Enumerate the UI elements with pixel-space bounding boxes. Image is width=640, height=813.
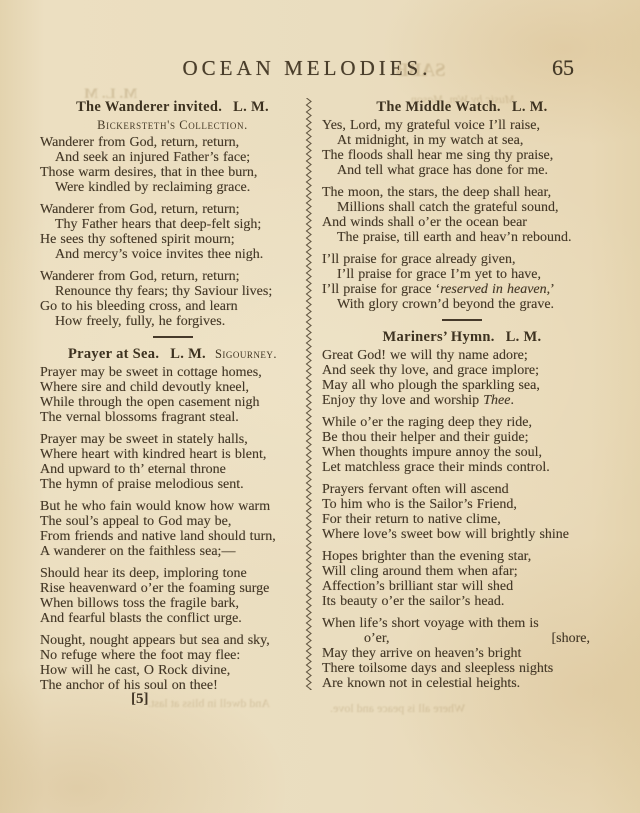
hymn-attribution: Bickersteth's Collection. (40, 118, 305, 132)
verse-line: Rise heavenward o’er the foaming surge (40, 581, 305, 596)
verse-line: No refuge where the foot may flee: (40, 648, 305, 663)
verse-line: A wanderer on the faithless sea;— (40, 544, 305, 559)
verse-line: And seek an injured Father’s face; (40, 150, 305, 165)
verse-line: May all who plough the sparkling sea, (322, 378, 602, 393)
hymn-title: The Middle Watch.L. M. (322, 98, 602, 116)
hymn-title: Prayer at Sea.L. M.Sigourney. (40, 345, 305, 363)
verse-line: To him who is the Sailor’s Friend, (322, 497, 602, 512)
verse-line: With glory crown’d beyond the grave. (322, 297, 602, 312)
verse-line: Prayers fervant often will ascend (322, 482, 602, 497)
verse-line: Where sire and child devoutly kneel, (40, 380, 305, 395)
hymn-title-text: The Wanderer invited. (76, 99, 222, 115)
verse-line: o’er,[shore, (322, 631, 602, 646)
verse-line: The moon, the stars, the deep shall hear… (322, 185, 602, 200)
column-divider-zigzag (305, 98, 315, 690)
stanza: Prayer may be sweet in cottage homes,Whe… (40, 365, 305, 425)
verse-line: Should hear its deep, imploring tone (40, 566, 305, 581)
hymn-meter: L. M. (170, 346, 206, 362)
verse-line: There toilsome days and sleepless nights (322, 661, 602, 676)
verse-line: While o’er the raging deep they ride, (322, 415, 602, 430)
verse-line: And mercy’s voice invites thee nigh. (40, 247, 305, 262)
stanza: Yes, Lord, my grateful voice I’ll raise,… (322, 118, 602, 178)
verse-line-right: [shore, (552, 631, 591, 646)
verse-line: Wanderer from God, return, return; (40, 202, 305, 217)
book-page: M. L. MSABBMusic by Wm. Mason.And dwell … (0, 0, 640, 813)
stanza: Should hear its deep, imploring toneRise… (40, 566, 305, 626)
verse-line: Millions shall catch the grateful sound, (322, 200, 602, 215)
stanza: Prayers fervant often will ascendTo him … (322, 482, 602, 542)
verse-line: The praise, till earth and heav’n reboun… (322, 230, 602, 245)
stanza: Great God! we will thy name adore;And se… (322, 348, 602, 408)
verse-line: Thy Father hears that deep-felt sigh; (40, 217, 305, 232)
stanza: Wanderer from God, return, return,And se… (40, 135, 305, 195)
verse-line: Let matchless grace their minds control. (322, 460, 602, 475)
verse-line: Great God! we will thy name adore; (322, 348, 602, 363)
verse-line-part: I’ll praise for grace ‘ (322, 282, 440, 297)
verse-line: And fearful blasts the conflict urge. (40, 611, 305, 626)
section-divider-rule (442, 319, 482, 321)
verse-line: From friends and native land should turn… (40, 529, 305, 544)
verse-line: Affection’s brilliant star will shed (322, 579, 602, 594)
verse-line-part: . (510, 393, 514, 408)
verse-line: Its beauty o’er the sailor’s head. (322, 594, 602, 609)
verse-line: The vernal blossoms fragrant steal. (40, 410, 305, 425)
verse-line: For their return to native clime, (322, 512, 602, 527)
section-divider-rule (153, 336, 193, 338)
verse-line: Nought, nought appears but sea and sky, (40, 633, 305, 648)
stanza: Hopes brighter than the evening star,Wil… (322, 549, 602, 609)
stanza: Prayer may be sweet in stately halls,Whe… (40, 432, 305, 492)
verse-line: Enjoy thy love and worship Thee. (322, 393, 602, 408)
stanza: While o’er the raging deep they ride,Be … (322, 415, 602, 475)
signature-mark: [5] (131, 691, 149, 708)
verse-line: Be thou their helper and their guide; (322, 430, 602, 445)
verse-line: And upward to th’ eternal throne (40, 462, 305, 477)
verse-line: How will he cast, O Rock divine, (40, 663, 305, 678)
hymn-title-text: The Middle Watch. (376, 99, 500, 115)
verse-line: Where heart with kindred heart is blent, (40, 447, 305, 462)
verse-line: And tell what grace has done for me. (322, 163, 602, 178)
left-column: The Wanderer invited.L. M.Bickersteth's … (40, 98, 305, 700)
stanza: Wanderer from God, return, return;Thy Fa… (40, 202, 305, 262)
stanza: But he who fain would know how warmThe s… (40, 499, 305, 559)
verse-line: Renounce thy fears; thy Saviour lives; (40, 284, 305, 299)
verse-line-part: Enjoy thy love and worship (322, 393, 483, 408)
verse-line-part: reserved in heaven (440, 282, 546, 297)
verse-line: Where love’s sweet bow will brightly shi… (322, 527, 602, 542)
verse-line: Prayer may be sweet in stately halls, (40, 432, 305, 447)
hymn-meter: L. M. (233, 99, 269, 115)
hymn-title-text: Mariners’ Hymn. (383, 329, 495, 345)
verse-line: The anchor of his soul on thee! (40, 678, 305, 693)
verse-line: I’ll praise for grace already given, (322, 252, 602, 267)
verse-line: When billows toss the fragile bark, (40, 596, 305, 611)
verse-line: Yes, Lord, my grateful voice I’ll raise, (322, 118, 602, 133)
verse-line: May they arrive on heaven’s bright (322, 646, 602, 661)
hymn-title: The Wanderer invited.L. M. (40, 98, 305, 116)
verse-line-left: o’er, (364, 631, 389, 646)
verse-line-part: Thee (483, 393, 510, 408)
hymn-meter: L. M. (512, 99, 548, 115)
verse-line: Go to his bleeding cross, and learn (40, 299, 305, 314)
verse-line: While through the open casement nigh (40, 395, 305, 410)
hymn-meter: L. M. (506, 329, 542, 345)
hymn-attribution: Sigourney. (215, 347, 277, 361)
verse-line: The floods shall hear me sing thy praise… (322, 148, 602, 163)
stanza: When life’s short voyage with them iso’e… (322, 616, 602, 691)
right-column: The Middle Watch.L. M.Yes, Lord, my grat… (322, 98, 602, 698)
stanza: I’ll praise for grace already given,I’ll… (322, 252, 602, 312)
verse-line: And winds shall o’er the ocean bear (322, 215, 602, 230)
verse-line: When life’s short voyage with them is (322, 616, 602, 631)
verse-line: The soul’s appeal to God may be, (40, 514, 305, 529)
verse-line: I’ll praise for grace ‘reserved in heave… (322, 282, 602, 297)
verse-line: Are known not in celestial heights. (322, 676, 602, 691)
bleed-through-text: Where all is peace and love. (330, 701, 465, 716)
verse-line: He sees thy softened spirit mourn; (40, 232, 305, 247)
stanza: The moon, the stars, the deep shall hear… (322, 185, 602, 245)
verse-line: But he who fain would know how warm (40, 499, 305, 514)
verse-line: Prayer may be sweet in cottage homes, (40, 365, 305, 380)
verse-line: Hopes brighter than the evening star, (322, 549, 602, 564)
verse-line: And seek thy love, and grace implore; (322, 363, 602, 378)
stanza: Nought, nought appears but sea and sky,N… (40, 633, 305, 693)
running-header-title: OCEAN MELODIES. (0, 56, 614, 81)
verse-line: Were kindled by reclaiming grace. (40, 180, 305, 195)
verse-line: I’ll praise for grace I’m yet to have, (322, 267, 602, 282)
verse-line: How freely, fully, he forgives. (40, 314, 305, 329)
verse-line: Those warm desires, that in thee burn, (40, 165, 305, 180)
verse-line: When thoughts impure annoy the soul, (322, 445, 602, 460)
hymn-title-text: Prayer at Sea. (68, 346, 159, 362)
verse-line: Wanderer from God, return, return; (40, 269, 305, 284)
verse-line: Will cling around them when afar; (322, 564, 602, 579)
verse-line: At midnight, in my watch at sea, (322, 133, 602, 148)
stanza: Wanderer from God, return, return;Renoun… (40, 269, 305, 329)
verse-line: Wanderer from God, return, return, (40, 135, 305, 150)
verse-line: The hymn of praise melodious sent. (40, 477, 305, 492)
hymn-title: Mariners’ Hymn.L. M. (322, 328, 602, 346)
verse-line-part: ,’ (547, 282, 555, 297)
page-number: 65 (552, 55, 574, 81)
